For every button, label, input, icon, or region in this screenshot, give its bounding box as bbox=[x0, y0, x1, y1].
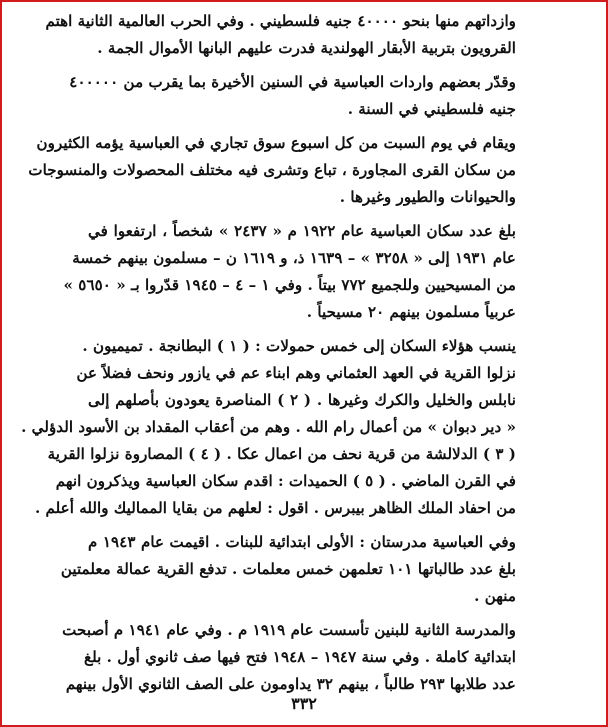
text-line: والمدرسة الثانية للبنين تأسست عام ١٩١٩ م… bbox=[88, 617, 534, 644]
text-line: من احفاد الملك الظاهر بيبرس . اقول : لعل… bbox=[88, 495, 534, 522]
text-line: في القرن الماضي . ( ٥ ) الحميدات : اقدم … bbox=[88, 468, 534, 495]
document-page: وازداتهم منها بنحو ٤٠٠٠٠ جنيه فلسطيني . … bbox=[0, 0, 608, 727]
paragraph-income-war: وازداتهم منها بنحو ٤٠٠٠٠ جنيه فلسطيني . … bbox=[88, 8, 534, 62]
text-line: وقدّر بعضهم واردات العباسية في السنين ال… bbox=[88, 69, 534, 96]
paragraph-population: بلغ عدد سكان العباسية عام ١٩٢٢ م « ٢٤٣٧ … bbox=[88, 218, 534, 326]
paragraph-clans: ينسب هؤلاء السكان إلى خمس حمولات : ( ١ )… bbox=[88, 333, 534, 522]
text-line: نزلوا القرية في العهد العثماني وهم ابناء… bbox=[88, 360, 534, 387]
paragraph-boys-school: والمدرسة الثانية للبنين تأسست عام ١٩١٩ م… bbox=[88, 617, 534, 698]
text-line: « دير دبوان » من أعمال رام الله . وهم من… bbox=[88, 414, 534, 441]
text-line: عربياً مسلمون بينهم ٢٠ مسيحياً . bbox=[88, 299, 534, 326]
text-line: ينسب هؤلاء السكان إلى خمس حمولات : ( ١ )… bbox=[88, 333, 534, 360]
text-line: بلغ عدد طالباتها ١٠١ تعلمهن خمس معلمات .… bbox=[88, 556, 534, 583]
text-line: وفي العباسية مدرستان : الأولى ابتدائية ل… bbox=[88, 529, 534, 556]
text-line: منهن . bbox=[88, 583, 534, 610]
text-line: جنيه فلسطيني في السنة . bbox=[88, 96, 534, 123]
text-line: وازداتهم منها بنحو ٤٠٠٠٠ جنيه فلسطيني . … bbox=[88, 8, 534, 35]
text-line: ابتدائية كاملة . وفي سنة ١٩٤٧ – ١٩٤٨ فتح… bbox=[88, 644, 534, 671]
page-number: ٣٣٢ bbox=[2, 694, 606, 713]
text-line: القرويون بتربية الأبقار الهولندية فدرت ع… bbox=[88, 35, 534, 62]
body-text: وازداتهم منها بنحو ٤٠٠٠٠ جنيه فلسطيني . … bbox=[88, 8, 534, 704]
text-line: من المسيحيين وللجميع ٧٧٢ بيتاً . وفي ١ –… bbox=[88, 272, 534, 299]
paragraph-girls-school: وفي العباسية مدرستان : الأولى ابتدائية ل… bbox=[88, 529, 534, 610]
text-line: من سكان القرى المجاورة ، تباع وتشرى فيه … bbox=[88, 157, 534, 184]
text-line: بلغ عدد سكان العباسية عام ١٩٢٢ م « ٢٤٣٧ … bbox=[88, 218, 534, 245]
text-line: ( ٣ ) الدلالشة من قرية نحف من اعمال عكا … bbox=[88, 441, 534, 468]
paragraph-market: ويقام في يوم السبت من كل اسبوع سوق تجاري… bbox=[88, 130, 534, 211]
text-line: والحيوانات والطيور وغيرها . bbox=[88, 184, 534, 211]
text-line: نابلس والخليل والكرك وغيرها . ( ٢ ) المن… bbox=[88, 387, 534, 414]
paragraph-revenue: وقدّر بعضهم واردات العباسية في السنين ال… bbox=[88, 69, 534, 123]
text-line: عام ١٩٣١ إلى « ٣٢٥٨ » – ١٦٣٩ ذ، و ١٦١٩ ن… bbox=[88, 245, 534, 272]
text-line: ويقام في يوم السبت من كل اسبوع سوق تجاري… bbox=[88, 130, 534, 157]
